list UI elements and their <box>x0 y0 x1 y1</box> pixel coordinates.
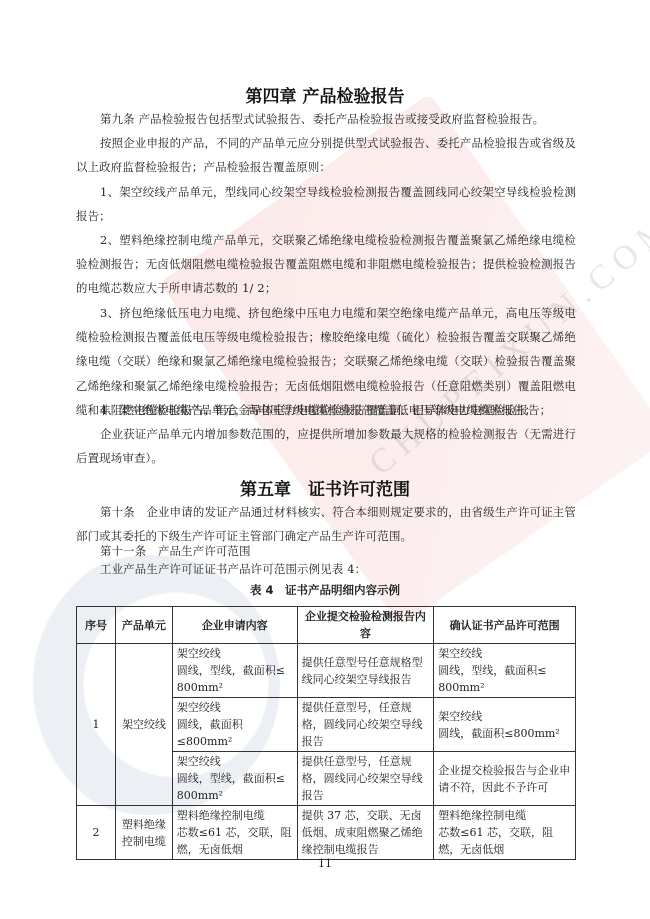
cell-scope: 塑料绝缘控制电缆 芯数≤61 芯，交联，阻燃，无卤低烟 <box>434 806 576 860</box>
table-caption: 表 4 证书产品明细内容示例 <box>0 582 650 598</box>
chapter4-intro: 按照企业申报的产品，不同的产品单元应分别提供型式试验报告、委托产品检验报告或省级… <box>76 131 576 179</box>
chapter5-title: 第五章 证书许可范围 <box>0 475 650 500</box>
table-row: 2 塑料绝缘控制电缆 塑料绝缘控制电缆 芯数≤61 芯，交联，阻燃，无卤低烟 提… <box>77 806 576 860</box>
chapter4-rule-2: 2、塑料绝缘控制电缆产品单元，交联聚乙烯绝缘电缆检验检测报告覆盖聚氯乙烯绝缘电缆… <box>76 228 576 301</box>
header-apply: 企业申请内容 <box>172 607 297 644</box>
license-scope-table: 序号 产品单元 企业申请内容 企业提交检验检测报告内容 确认证书产品许可范围 1… <box>76 606 576 860</box>
cell-report: 提供任意型号，任意规格，圆线同心绞架空导线报告 <box>297 752 434 806</box>
cell-apply: 架空绞线 圆线，型线，截面积≤ 800mm² <box>172 644 297 698</box>
header-report: 企业提交检验检测报告内容 <box>297 607 434 644</box>
cell-scope: 架空绞线 圆线，型线，截面积≤ 800mm² <box>434 644 576 698</box>
chapter4-rule-1: 1、架空绞线产品单元，型线同心绞架空导线检验检测报告覆盖圆线同心绞架空导线检验检… <box>76 180 576 228</box>
cell-apply: 塑料绝缘控制电缆 芯数≤61 芯，交联，阻燃，无卤低烟 <box>172 806 297 860</box>
cell-scope: 架空绞线 圆线，截面积≤800mm² <box>434 698 576 752</box>
chapter4-extension: 企业获证产品单元内增加参数范围的，应提供所增加参数最大规格的检验检测报告（无需进… <box>76 422 576 470</box>
chapter5-article11: 第十一条 产品生产许可范围 <box>76 541 576 561</box>
chapter4-title: 第四章 产品检验报告 <box>0 82 650 107</box>
header-no: 序号 <box>77 607 116 644</box>
header-scope: 确认证书产品许可范围 <box>434 607 576 644</box>
cell-report: 提供 37 芯，交联、无卤低烟、成束阻燃聚乙烯绝缘控制电缆报告 <box>297 806 434 860</box>
cell-apply: 架空绞线 圆线，型线，截面积≤ 800mm² <box>172 752 297 806</box>
document-page: CHUPEIXUN.COM.CN 第四章 产品检验报告 第九条 产品检验报告包括… <box>0 0 650 919</box>
cell-apply: 架空绞线 圆线，截面积≤800mm² <box>172 698 297 752</box>
cell-unit: 塑料绝缘控制电缆 <box>115 806 172 860</box>
header-unit: 产品单元 <box>115 607 172 644</box>
chapter4-rule-4: 4、架空绝缘电缆产品单元，高电压等级电缆检验报告覆盖低电压等级电缆检验报告； <box>76 398 576 422</box>
chapter5-table-ref: 工业产品生产许可证证书产品许可范围示例见表 4： <box>76 559 576 579</box>
cell-unit: 架空绞线 <box>115 644 172 806</box>
cell-scope: 企业提交检验报告与企业申请不符，因此不予许可 <box>434 752 576 806</box>
page-number: 11 <box>0 857 650 870</box>
table-header-row: 序号 产品单元 企业申请内容 企业提交检验检测报告内容 确认证书产品许可范围 <box>77 607 576 644</box>
cell-no: 1 <box>77 644 116 806</box>
table-row: 1 架空绞线 架空绞线 圆线，型线，截面积≤ 800mm² 提供任意型号任意规格… <box>77 644 576 698</box>
chapter4-article9: 第九条 产品检验报告包括型式试验报告、委托产品检验报告或接受政府监督检验报告。 <box>76 107 576 131</box>
cell-no: 2 <box>77 806 116 860</box>
cell-report: 提供任意型号任意规格型线同心绞架空导线报告 <box>297 644 434 698</box>
cell-report: 提供任意型号，任意规格，圆线同心绞架空导线报告 <box>297 698 434 752</box>
